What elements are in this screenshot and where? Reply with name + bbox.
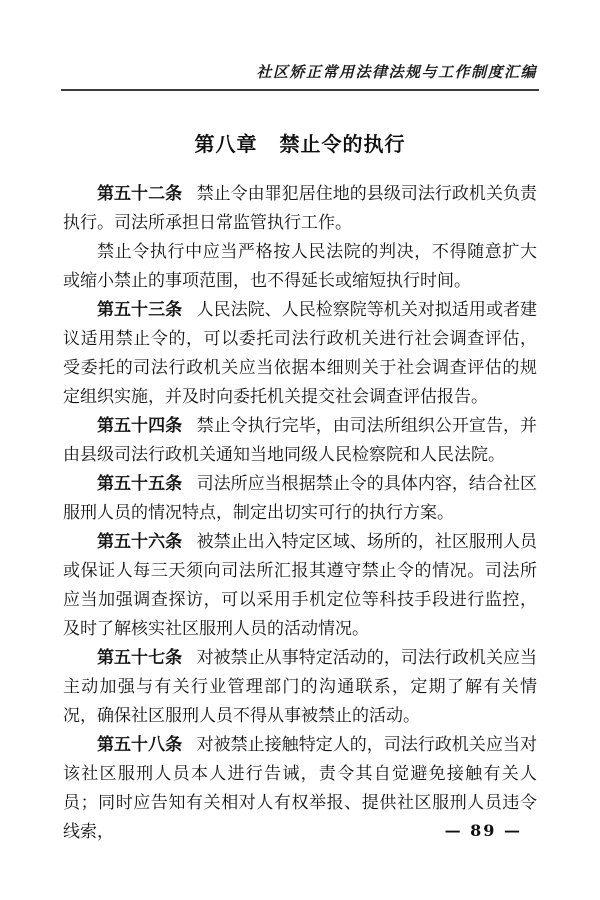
chapter-number: 第八章	[195, 132, 258, 156]
article-number: 第五十七条	[97, 648, 182, 668]
article-paragraph: 第五十七条对被禁止从事特定活动的，司法行政机关应当主动加强与有关行业管理部门的沟…	[63, 644, 537, 731]
article-number: 第五十四条	[97, 416, 182, 436]
article-paragraph: 第五十四条禁止令执行完毕，由司法所组织公开宣告，并由县级司法行政机关通知当地同级…	[63, 412, 537, 470]
article-body: 第五十二条禁止令由罪犯居住地的县级司法行政机关负责执行。司法所承担日常监管执行工…	[63, 180, 537, 847]
article-number: 第五十二条	[97, 184, 182, 204]
chapter-name: 禁止令的执行	[280, 132, 406, 156]
article-paragraph: 禁止令执行中应当严格按人民法院的判决，不得随意扩大或缩小禁止的事项范围，也不得延…	[63, 238, 537, 296]
document-page: 社区矫正常用法律法规与工作制度汇编 第八章禁止令的执行 第五十二条禁止令由罪犯居…	[0, 0, 600, 900]
article-paragraph: 第五十五条司法所应当根据禁止令的具体内容，结合社区服刑人员的情况特点，制定出切实…	[63, 470, 537, 528]
article-paragraph: 第五十六条被禁止出入特定区域、场所的，社区服刑人员或保证人每三天须向司法所汇报其…	[63, 528, 537, 644]
header-rule-divider	[61, 89, 539, 91]
article-number: 第五十五条	[97, 474, 182, 494]
running-head-title: 社区矫正常用法律法规与工作制度汇编	[62, 61, 537, 82]
article-paragraph: 第五十二条禁止令由罪犯居住地的县级司法行政机关负责执行。司法所承担日常监管执行工…	[63, 180, 537, 238]
page-number: — 89 —	[445, 821, 522, 840]
article-number: 第五十三条	[97, 300, 182, 320]
article-paragraph: 第五十三条人民法院、人民检察院等机关对拟适用或者建议适用禁止令的，可以委托司法行…	[63, 296, 537, 412]
chapter-title: 第八章禁止令的执行	[0, 128, 600, 157]
article-number: 第五十六条	[97, 532, 182, 552]
article-text: 禁止令执行中应当严格按人民法院的判决，不得随意扩大或缩小禁止的事项范围，也不得延…	[63, 242, 537, 291]
article-number: 第五十八条	[97, 735, 182, 755]
